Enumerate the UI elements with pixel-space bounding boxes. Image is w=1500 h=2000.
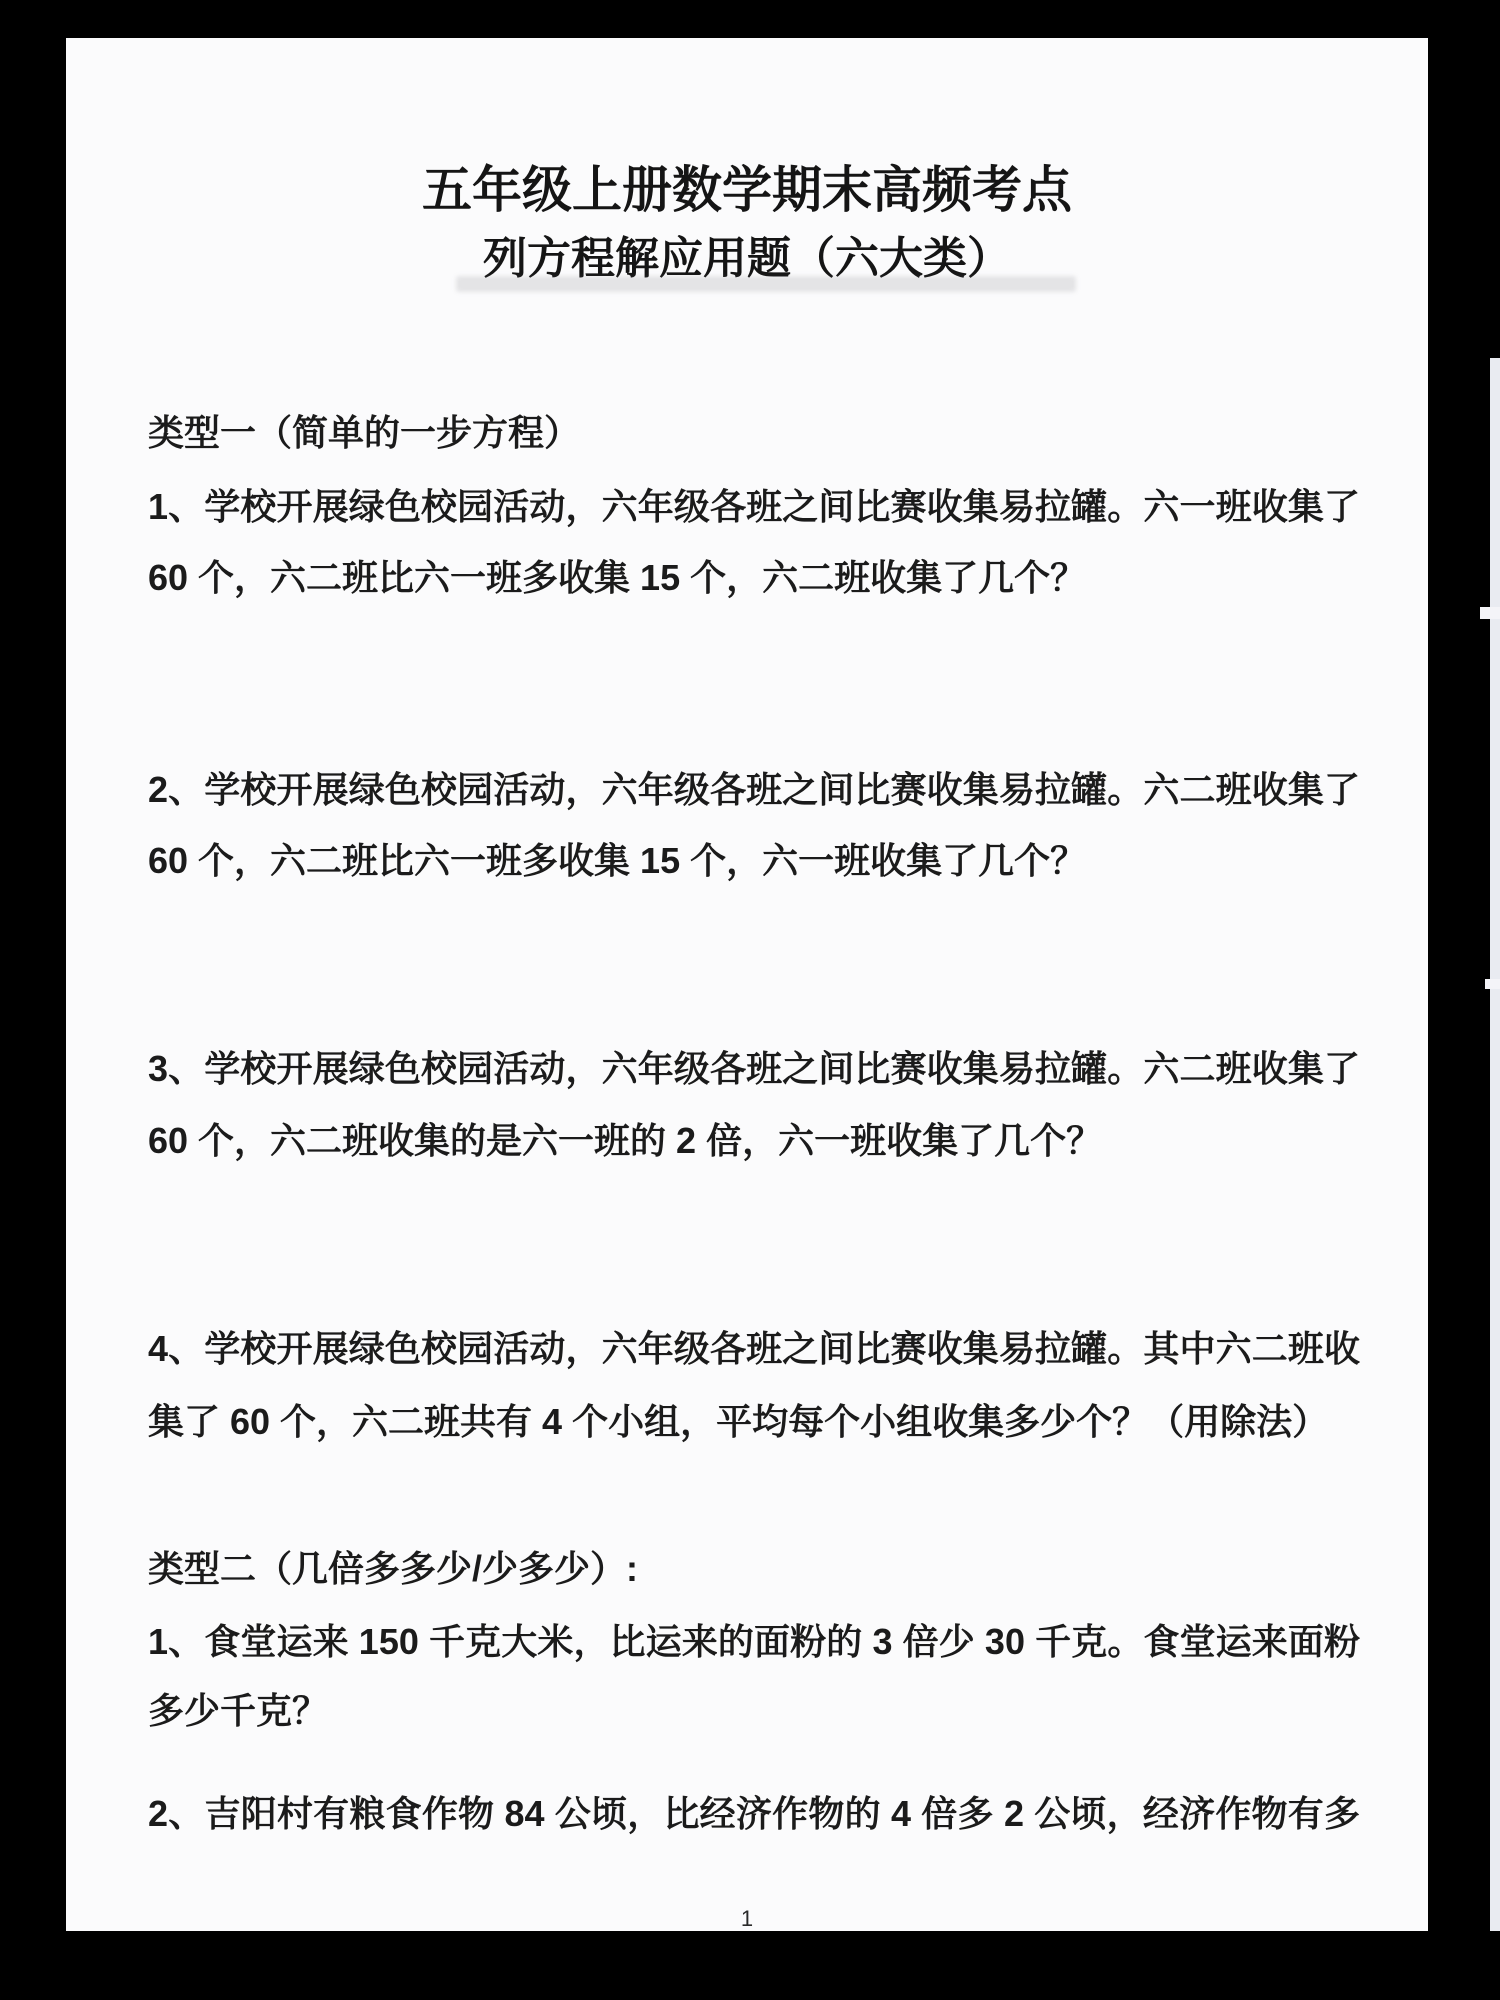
scan-edge-sliver: [1490, 358, 1500, 1931]
problem-3-line-1: 3、学校开展绿色校园活动，六年级各班之间比赛收集易拉罐。六二班收集了: [148, 1046, 1360, 1092]
problem-4-line-1: 4、学校开展绿色校园活动，六年级各班之间比赛收集易拉罐。其中六二班收: [148, 1326, 1360, 1372]
type2-problem-2-line-1: 2、吉阳村有粮食作物 84 公顷，比经济作物的 4 倍多 2 公顷，经济作物有多: [148, 1791, 1360, 1837]
problem-4-line-2: 集了 60 个，六二班共有 4 个小组，平均每个小组收集多少个？（用除法）: [148, 1399, 1360, 1445]
scan-edge-dash-artifact: [1485, 979, 1500, 989]
scan-smudge-artifact: [456, 276, 1076, 292]
section-2-heading: 类型二（几倍多多少/少多少）:: [148, 1546, 1360, 1592]
scan-edge-dash-artifact: [1480, 607, 1500, 619]
problem-1-line-1: 1、学校开展绿色校园活动，六年级各班之间比赛收集易拉罐。六一班收集了: [148, 484, 1360, 530]
problem-2-line-1: 2、学校开展绿色校园活动，六年级各班之间比赛收集易拉罐。六二班收集了: [148, 767, 1360, 813]
scanned-worksheet: 五年级上册数学期末高频考点 列方程解应用题（六大类） 类型一（简单的一步方程） …: [0, 0, 1500, 2000]
problem-3-line-2: 60 个，六二班收集的是六一班的 2 倍，六一班收集了几个？: [148, 1118, 1360, 1164]
problem-2-line-2: 60 个，六二班比六一班多收集 15 个，六一班收集了几个？: [148, 838, 1360, 884]
problem-1-line-2: 60 个，六二班比六一班多收集 15 个，六二班收集了几个？: [148, 555, 1360, 601]
type2-problem-1-line-2: 多少千克？: [148, 1688, 1360, 1734]
page-number: 1: [66, 1906, 1428, 1932]
type2-problem-1-line-1: 1、食堂运来 150 千克大米，比运来的面粉的 3 倍少 30 千克。食堂运来面…: [148, 1619, 1360, 1665]
section-1-heading: 类型一（简单的一步方程）: [148, 410, 1360, 456]
page-title-line1: 五年级上册数学期末高频考点: [66, 150, 1428, 222]
document-page: 五年级上册数学期末高频考点 列方程解应用题（六大类） 类型一（简单的一步方程） …: [66, 38, 1428, 1931]
